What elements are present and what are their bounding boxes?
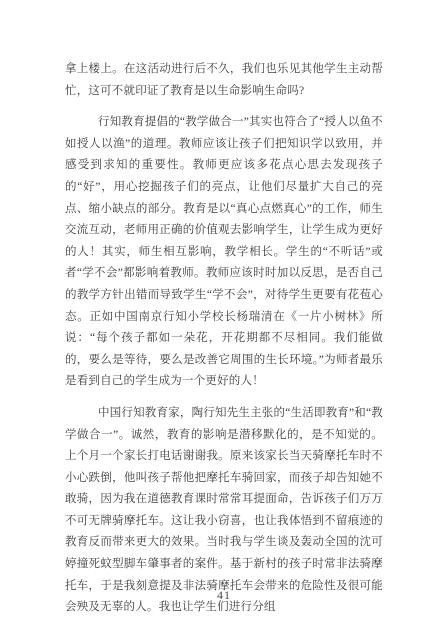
page-text-block: 拿上楼上。在这活动进行后不久，我们也乐见其他学生主动帮忙，这可不就印证了教育是以… [65,59,383,629]
document-page: 拿上楼上。在这活动进行后不久，我们也乐见其他学生主动帮忙，这可不就印证了教育是以… [0,0,448,640]
page-number: 41 [0,588,448,603]
paragraph-xingzhi-education: 行知教育提倡的“教学做合一”其实也符合了“授人以鱼不如授人以渔”的道理。教师应该… [65,112,383,393]
paragraph-tao-xingzhi: 中国行知教育家，陶行知先生主张的“生活即教育”和“教学做合一”。诚然，教育的影响… [65,403,383,619]
paragraph-continued: 拿上楼上。在这活动进行后不久，我们也乐见其他学生主动帮忙，这可不就印证了教育是以… [65,59,383,102]
